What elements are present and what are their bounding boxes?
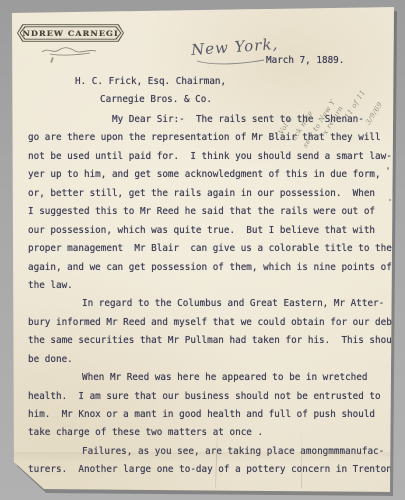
letter-line: health. I am sure that our business shou… xyxy=(28,388,390,406)
place-script-underline-swash xyxy=(196,58,266,66)
letter-line: go are there upon the representation of … xyxy=(28,129,390,147)
paper-speck xyxy=(387,167,389,170)
letter-line: turers. Another large one to-day of a po… xyxy=(28,461,390,479)
letter-line: My Dear Sir:- The rails sent to the Shen… xyxy=(28,111,390,129)
recipient-line-1: H. C. Frick, Esq. Chairman, xyxy=(75,76,226,87)
letter-line: or, better still, get the rails again in… xyxy=(28,185,390,203)
letter-line: bury informed Mr Reed and myself that we… xyxy=(28,314,390,332)
paper-speck xyxy=(166,154,168,156)
pencil-stray-mark xyxy=(50,57,53,63)
scanned-letter-page: ANDREW CARNEGIE New York, March 7, 1889.… xyxy=(0,0,405,500)
letter-line: In regard to the Columbus and Great East… xyxy=(28,295,390,313)
letter-line: be done. xyxy=(28,351,390,369)
paper-speck xyxy=(389,199,391,201)
letter-paper: ANDREW CARNEGIE New York, March 7, 1889.… xyxy=(0,0,405,500)
recipient-line-2: Carnegie Bros. & Co. xyxy=(100,94,212,105)
letter-line: not be used until paid for. I think you … xyxy=(28,148,390,166)
letter-line: our possession, which was quite true. Bu… xyxy=(28,222,390,240)
letter-line: yer up to him, and get some acknowledgme… xyxy=(28,166,390,184)
letter-line: the law. xyxy=(28,277,390,295)
cartouche-face: ANDREW CARNEGIE xyxy=(21,27,121,40)
letter-line: take charge of these two matters at once… xyxy=(28,424,390,442)
letter-line: again, and we can get possession of them… xyxy=(28,259,390,277)
paper-crease xyxy=(14,452,390,462)
letterhead-cartouche: ANDREW CARNEGIE xyxy=(17,23,124,43)
letter-line: When Mr Reed was here he appeared to be … xyxy=(28,369,390,387)
letterhead-name: ANDREW CARNEGIE xyxy=(15,28,126,38)
letter-line: I suggested this to Mr Reed he said that… xyxy=(28,203,390,221)
letter-line: proper management Mr Blair can give us a… xyxy=(28,240,390,258)
letter-line: him. Mr Knox or a mant in good health an… xyxy=(28,406,390,424)
letterhead-script-flourish xyxy=(40,46,98,56)
date-line: March 7, 1889. xyxy=(266,55,344,66)
letter-line: the same securities that Mr Pullman had … xyxy=(28,332,390,350)
letter-body: My Dear Sir:- The rails sent to the Shen… xyxy=(28,111,390,480)
